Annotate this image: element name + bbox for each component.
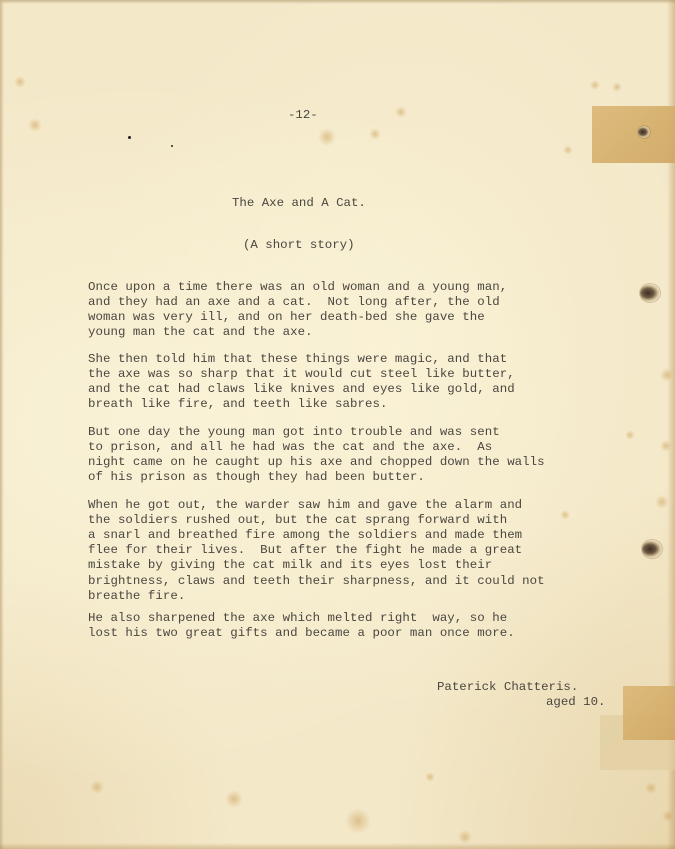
story-line: When he got out, the warder saw him and …	[88, 497, 522, 513]
foxing-stain	[225, 790, 243, 808]
story-line: young man the cat and the axe.	[88, 324, 313, 340]
foxing-stain	[345, 808, 371, 834]
paper-edge-bottom	[0, 843, 675, 849]
story-line: breathe fire.	[88, 588, 185, 604]
story-line: the soldiers rushed out, but the cat spr…	[88, 512, 507, 528]
foxing-stain	[625, 430, 635, 440]
story-line: woman was very ill, and on her death-bed…	[88, 309, 485, 325]
author-age: aged 10.	[546, 695, 606, 709]
story-title: The Axe and A Cat.	[232, 196, 366, 210]
paper-edge-left	[0, 0, 4, 849]
foxing-stain	[458, 830, 472, 844]
story-line: mistake by giving the cat milk and its e…	[88, 557, 492, 573]
story-line: the axe was so sharp that it would cut s…	[88, 366, 515, 382]
foxing-stain	[590, 80, 600, 90]
ink-speck	[128, 136, 131, 139]
foxing-stain	[560, 510, 570, 520]
story-line: brightness, claws and teeth their sharpn…	[88, 573, 545, 589]
foxing-stain	[660, 368, 674, 382]
foxing-stain	[28, 118, 42, 132]
story-line: of his prison as though they had been bu…	[88, 469, 425, 485]
author-name: Paterick Chatteris.	[437, 680, 578, 694]
tape-patch-top-right	[592, 106, 675, 163]
foxing-stain	[14, 76, 26, 88]
foxing-stain	[660, 440, 672, 452]
story-subtitle: (A short story)	[243, 238, 355, 252]
foxing-stain	[655, 495, 669, 509]
tape-patch-bottom-right	[623, 686, 675, 740]
story-line: flee for their lives. But after the figh…	[88, 542, 522, 558]
foxing-stain	[662, 810, 674, 822]
story-line: Once upon a time there was an old woman …	[88, 279, 507, 295]
foxing-stain	[563, 145, 573, 155]
ink-speck	[171, 145, 173, 147]
story-line: But one day the young man got into troub…	[88, 424, 500, 440]
foxing-stain	[318, 128, 336, 146]
story-line: night came on he caught up his axe and c…	[88, 454, 545, 470]
paper-edge-top	[0, 0, 675, 4]
story-line: a snarl and breathed fire among the sold…	[88, 527, 522, 543]
foxing-stain	[90, 780, 104, 794]
story-line: breath like fire, and teeth like sabres.	[88, 396, 387, 412]
foxing-stain	[612, 82, 622, 92]
foxing-stain	[425, 772, 435, 782]
story-line: and the cat had claws like knives and ey…	[88, 381, 515, 397]
foxing-stain	[645, 782, 657, 794]
page-number: -12-	[288, 108, 318, 122]
punch-hole-lower	[642, 540, 662, 558]
foxing-stain	[395, 106, 407, 118]
story-line: to prison, and all he had was the cat an…	[88, 439, 492, 455]
story-line: and they had an axe and a cat. Not long …	[88, 294, 500, 310]
story-line: He also sharpened the axe which melted r…	[88, 610, 507, 626]
story-line: She then told him that these things were…	[88, 351, 507, 367]
typed-page: -12- The Axe and A Cat. (A short story) …	[0, 0, 675, 849]
tape-hole	[638, 126, 650, 138]
foxing-stain	[369, 128, 381, 140]
story-line: lost his two great gifts and became a po…	[88, 625, 515, 641]
punch-hole-upper	[640, 284, 660, 302]
